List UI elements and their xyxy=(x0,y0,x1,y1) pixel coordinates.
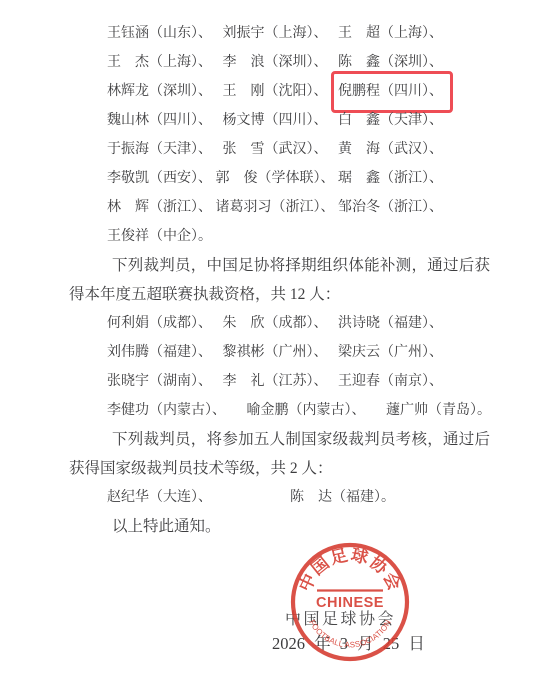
referee-entry: 喻金鹏（内蒙古）、 xyxy=(247,396,366,425)
referee-entry: 赵纪华（大连）、 xyxy=(107,483,212,512)
referee-entry: 魏山林（四川）、 xyxy=(107,106,212,135)
referee-list-line: 张晓宇（湖南）、 李 礼（江苏）、 王迎春（南京）、 xyxy=(107,367,443,396)
referee-entry: 黎祺彬（广州）、 xyxy=(223,338,328,367)
document-body: 王钰涵（山东）、 刘振宇（上海）、 王 超（上海）、 王 杰（上海）、 李 浪（… xyxy=(69,19,490,541)
referee-entry: 朱 欣（成都）、 xyxy=(223,309,328,338)
referee-entry: 王 超（上海）、 xyxy=(338,19,443,48)
paragraph-fitness-retest: 下列裁判员，中国足协将择期组织体能补测，通过后获得本年度五超联赛执裁资格，共 1… xyxy=(69,251,490,309)
stamp-center-text: CHINESE xyxy=(316,595,384,611)
referee-list-line: 李健功（内蒙古）、 喻金鹏（内蒙古）、 蘧广帅（青岛）。 xyxy=(107,396,491,425)
referee-list-line: 王钰涵（山东）、 刘振宇（上海）、 王 超（上海）、 xyxy=(107,19,443,48)
referee-list-line: 赵纪华（大连）、 陈 达（福建）。 xyxy=(107,483,395,512)
referee-list-line: 李敬凯（西安）、 郭 俊（学体联）、 琚 鑫（浙江）、 xyxy=(107,164,443,193)
referee-entry: 蘧广帅（青岛）。 xyxy=(386,396,491,425)
referee-list-line: 林 辉（浙江）、 诸葛羽习（浙江）、 邹治冬（浙江）、 xyxy=(107,193,443,222)
referee-entry: 陈 达（福建）。 xyxy=(290,483,395,512)
referee-entry: 王迎春（南京）、 xyxy=(338,367,443,396)
paragraph-national-exam: 下列裁判员，将参加五人制国家级裁判员考核，通过后获得国家级裁判员技术等级，共 2… xyxy=(69,425,490,483)
referee-list-line: 刘伟腾（福建）、 黎祺彬（广州）、 梁庆云（广州）、 xyxy=(107,338,443,367)
referee-entry: 洪诗晓（福建）、 xyxy=(338,309,443,338)
official-seal-stamp: 中国足球协会 CHINESE FOOTBALL ASSOCIATION xyxy=(288,540,412,664)
referee-entry: 白 鑫（天津）、 xyxy=(338,106,443,135)
referee-entry: 琚 鑫（浙江）、 xyxy=(338,164,443,193)
referee-list-line: 魏山林（四川）、 杨文博（四川）、 白 鑫（天津）、 xyxy=(107,106,443,135)
referee-entry: 李 浪（深圳）、 xyxy=(223,48,328,77)
referee-entry: 李敬凯（西安）、 xyxy=(107,164,212,193)
referee-entry: 郭 俊（学体联）、 xyxy=(216,164,335,193)
referee-entry: 刘振宇（上海）、 xyxy=(223,19,328,48)
referee-entry: 杨文博（四川）、 xyxy=(223,106,328,135)
referee-entry: 何利娟（成都）、 xyxy=(107,309,212,338)
referee-entry: 张 雪（武汉）、 xyxy=(223,135,328,164)
referee-entry: 王钰涵（山东）、 xyxy=(107,19,212,48)
referee-list-line: 林辉龙（深圳）、 王 刚（沈阳）、 倪鹏程（四川）、 xyxy=(107,77,443,106)
referee-entry: 王 杰（上海）、 xyxy=(107,48,212,77)
referee-entry: 林辉龙（深圳）、 xyxy=(107,77,212,106)
referee-list-line: 何利娟（成都）、 朱 欣（成都）、 洪诗晓（福建）、 xyxy=(107,309,443,338)
referee-entry: 王俊祥（中企）。 xyxy=(107,229,212,244)
stamp-arc-top-text: 中国足球协会 xyxy=(294,544,405,594)
closing-statement: 以上特此通知。 xyxy=(69,512,490,541)
referee-entry: 邹治冬（浙江）、 xyxy=(338,193,443,222)
referee-entry: 诸葛羽习（浙江）、 xyxy=(216,193,335,222)
scanned-notice-document: { "colors": { "highlight_box": "#ee4d55"… xyxy=(0,0,550,673)
referee-entry: 张晓宇（湖南）、 xyxy=(107,367,212,396)
referee-entry: 李健功（内蒙古）、 xyxy=(107,396,226,425)
referee-entry: 李 礼（江苏）、 xyxy=(223,367,328,396)
referee-entry: 于振海（天津）、 xyxy=(107,135,212,164)
referee-list-line: 于振海（天津）、 张 雪（武汉）、 黄 海（武汉）、 xyxy=(107,135,443,164)
referee-entry: 林 辉（浙江）、 xyxy=(107,193,212,222)
referee-list-line: 王俊祥（中企）。 xyxy=(107,222,490,251)
referee-entry: 梁庆云（广州）、 xyxy=(338,338,443,367)
referee-entry: 刘伟腾（福建）、 xyxy=(107,338,212,367)
stamp-arc-bottom-text: FOOTBALL ASSOCIATION xyxy=(307,618,393,649)
referee-entry: 王 刚（沈阳）、 xyxy=(223,77,328,106)
referee-entry: 黄 海（武汉）、 xyxy=(338,135,443,164)
